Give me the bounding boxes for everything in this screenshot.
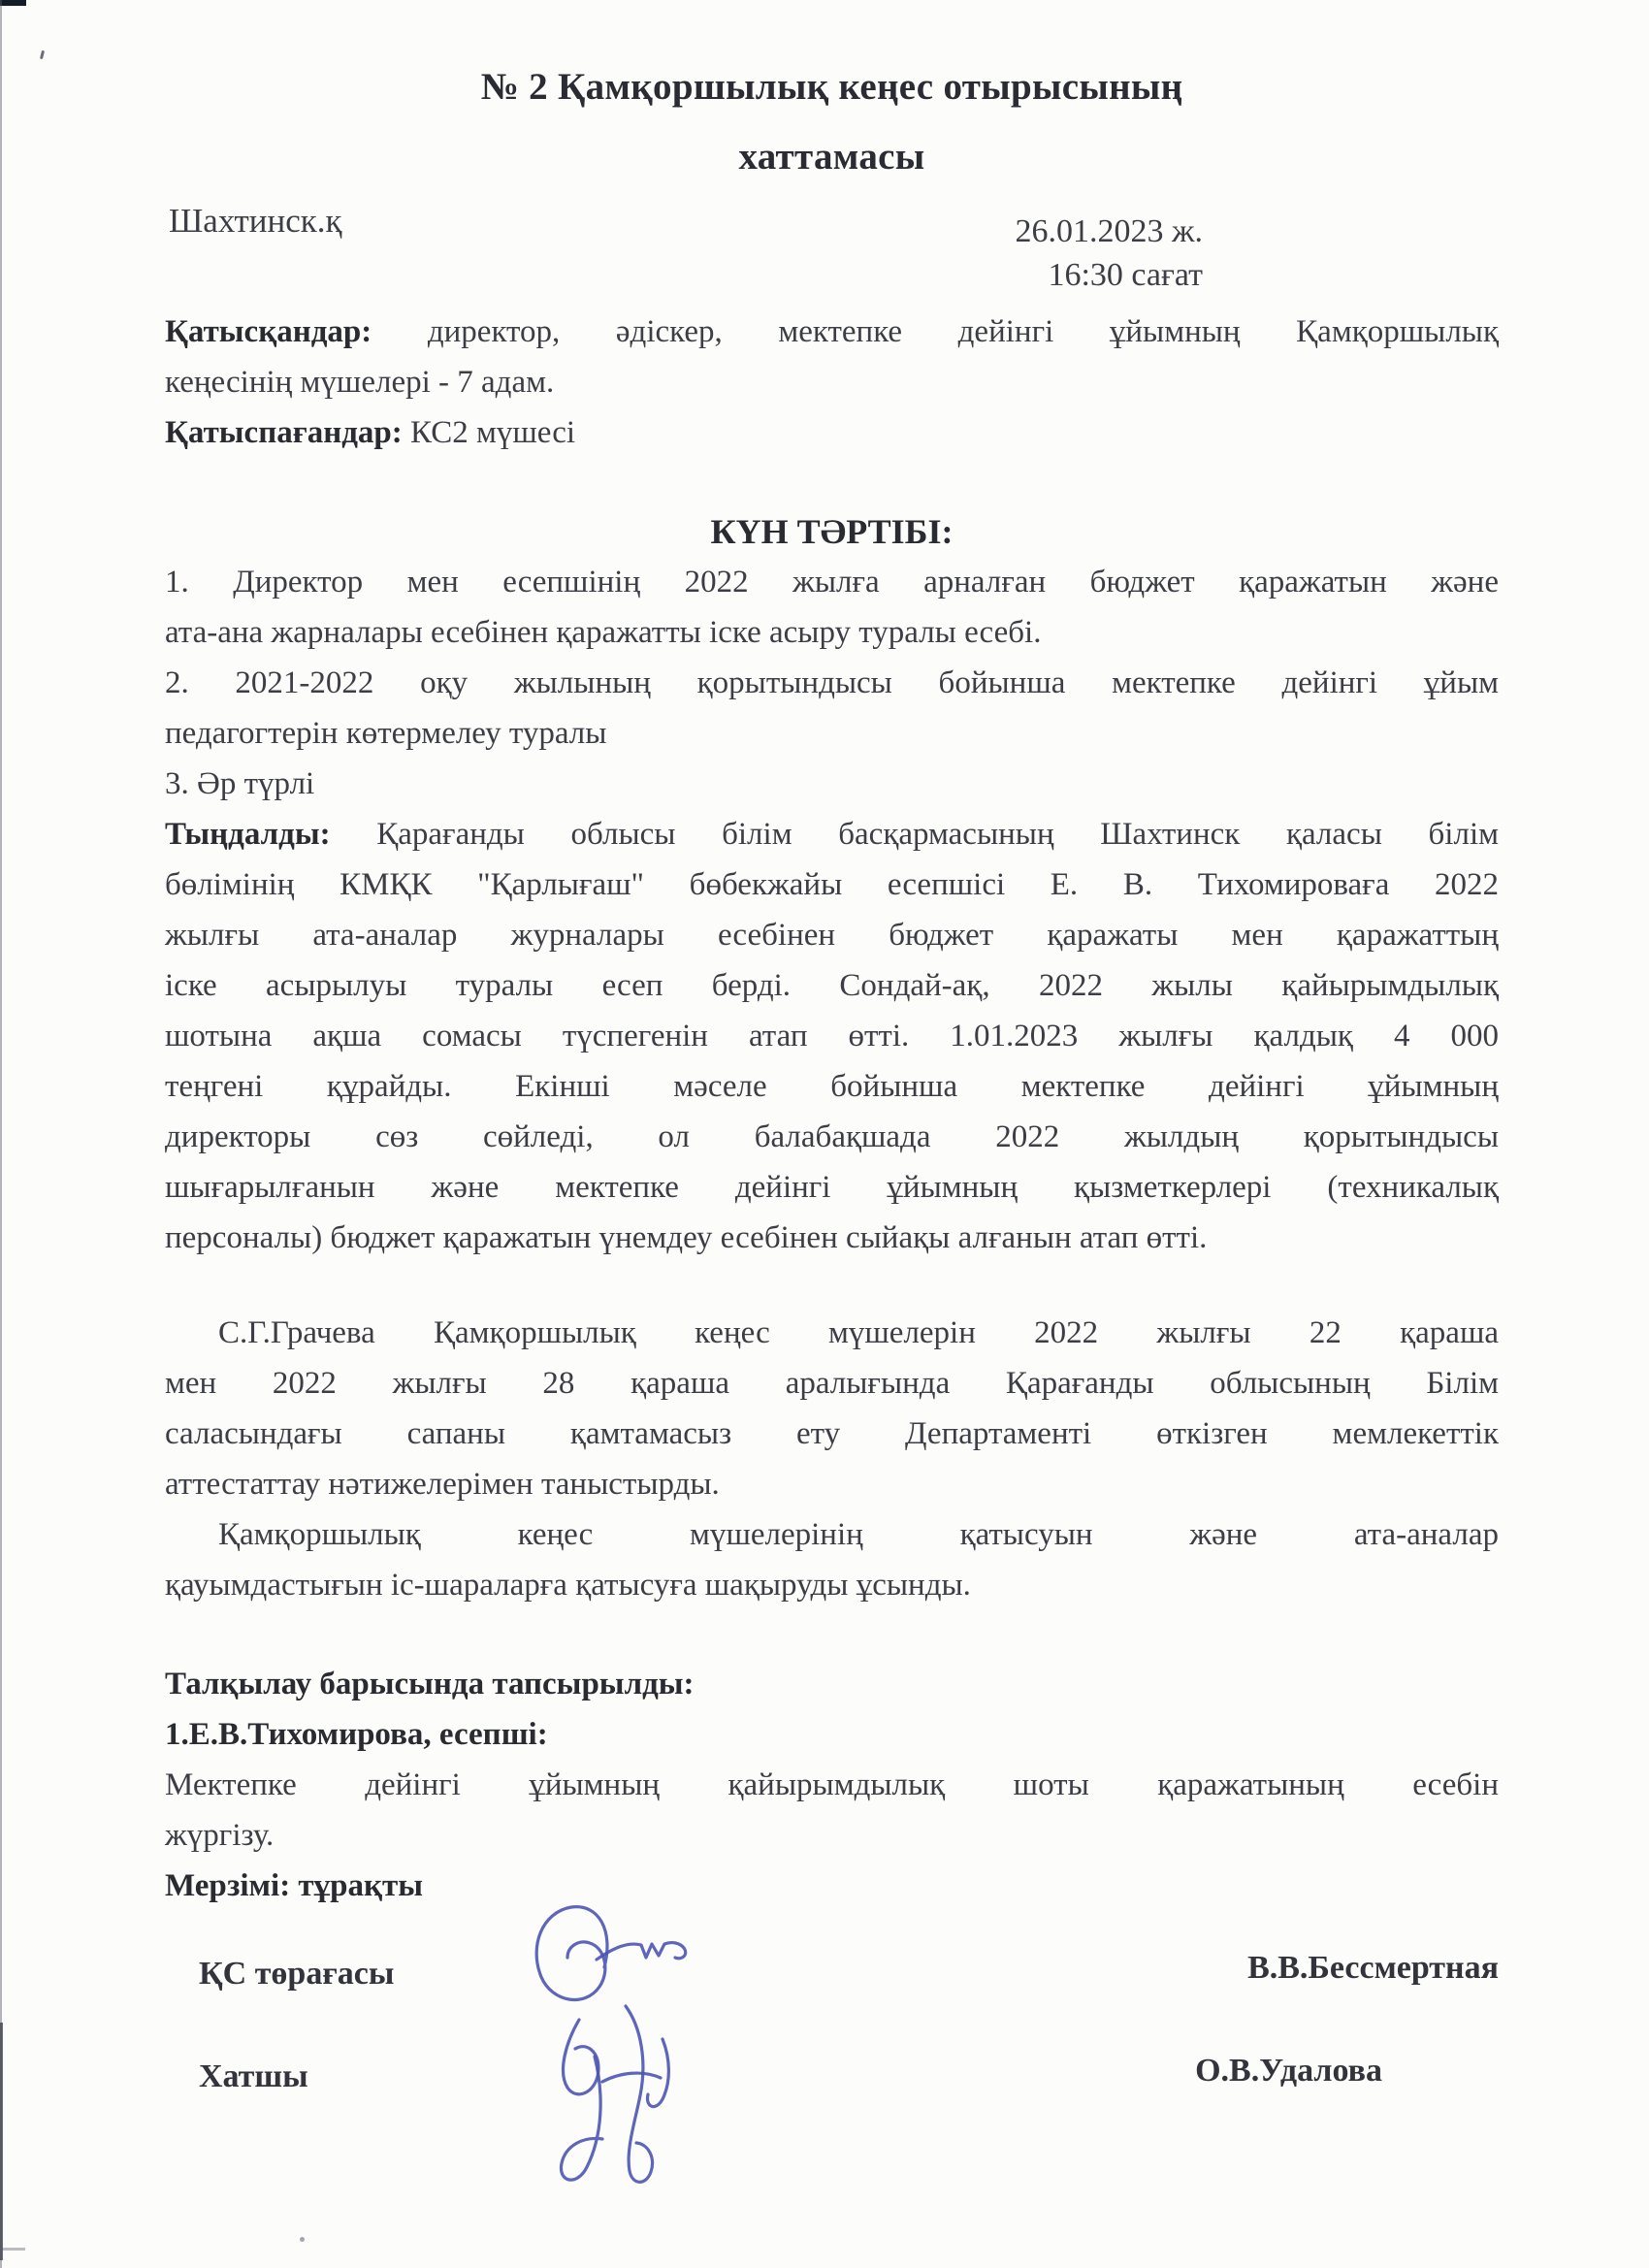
document-body: Қатысқандар: директор, әдіскер, мектепке… [165,307,1499,1911]
agenda-items: 1. Директор мен есепшінің 2022 жылға арн… [165,557,1499,809]
text-run: ата-ана жарналары есебінен қаражатты іск… [165,615,1041,650]
handwritten-signature-ink [509,1892,771,2221]
assignments-heading-line: 1.Е.В.Тихомирова, есепші: [165,1709,1499,1760]
text-run: Мектепке дейінгі ұйымның қайырымдылық шо… [165,1767,1499,1802]
text-run: кеңесінің мүшелері - 7 адам. [165,365,554,400]
heard-paragraph-line: шығарылғанын және мектепке дейінгі ұйымн… [165,1162,1499,1213]
heard-paragraph-line: іске асырылуы туралы есеп берді. Сондай-… [165,960,1499,1011]
scan-artifact-edge-line-dark [0,2023,3,2260]
gracheva-paragraph-line: саласындағы сапаны қамтамасыз ету Департ… [165,1409,1499,1459]
gracheva-paragraph-line: С.Г.Грачева Қамқоршылық кеңес мүшелерін … [165,1308,1499,1358]
text-run: мен 2022 жылғы 28 қараша аралығында Қара… [165,1366,1499,1401]
heard-paragraph-line: директоры сөз сөйледі, ол балабақшада 20… [165,1112,1499,1162]
text-run: шығарылғанын және мектепке дейінгі ұйымн… [165,1170,1499,1205]
text-run: 1. Директор мен есепшінің 2022 жылға арн… [165,565,1499,599]
heard-paragraph-line: бөлімінің КМҚК "Қарлығаш" бөбекжайы есеп… [165,859,1499,910]
text-run: бөлімінің КМҚК "Қарлығаш" бөбекжайы есеп… [165,867,1499,902]
date-text: 26.01.2023 ж. [1016,210,1204,253]
agenda-items-line: педагогтерін көтермелеу туралы [165,708,1499,759]
text-run: саласындағы сапаны қамтамасыз ету Департ… [165,1416,1499,1451]
participants-line: Қатыспағандар: КС2 мүшесі [165,407,1499,458]
agenda-heading-line: КҮН ТӘРТІБІ: [165,506,1499,557]
text-run: 3. Әр түрлі [165,766,314,801]
text-run: Тыңдалды: [165,817,331,852]
gracheva-paragraph-line: мен 2022 жылғы 28 қараша аралығында Қара… [165,1358,1499,1409]
heard-paragraph-line: жылғы ата-аналар журналары есебінен бюдж… [165,910,1499,960]
text-run: қауымдастығын іс-шараларға қатысуға шақы… [165,1568,971,1603]
assignments-heading-line: Талқылау барысында тапсырылды: [165,1659,1499,1709]
text-run: жылғы ата-аналар журналары есебінен бюдж… [165,918,1499,953]
invitation-paragraph: Қамқоршылық кеңес мүшелерінің қатысуын ж… [165,1509,1499,1610]
date-time-block: 26.01.2023 ж. 16:30 сағат [1016,210,1204,297]
text-run: директор, әдіскер, мектепке дейінгі ұйым… [372,314,1499,349]
agenda-items-line: 2. 2021-2022 оқу жылының қорытындысы бой… [165,658,1499,708]
participants-line: кеңесінің мүшелері - 7 адам. [165,357,1499,407]
text-run: КС2 мүшесі [403,415,575,450]
title-line-1: № 2 Қамқоршылық кеңес отырысының [165,52,1499,122]
deadline-line: Мерзімі: тұрақты [165,1861,1499,1911]
text-run: Қатыспағандар: [165,415,403,450]
deadline: Мерзімі: тұрақты [165,1861,1499,1911]
gracheva-paragraph: С.Г.Грачева Қамқоршылық кеңес мүшелерін … [165,1308,1499,1509]
heard-paragraph-line: шотына ақша сомасы түспегенін атап өтті.… [165,1011,1499,1061]
text-run: теңгені құрайды. Екінші мәселе бойынша м… [165,1069,1499,1104]
heard-paragraph-line: теңгені құрайды. Екінші мәселе бойынша м… [165,1061,1499,1112]
text-run: 2. 2021-2022 оқу жылының қорытындысы бой… [165,665,1499,700]
text-run: шотына ақша сомасы түспегенін атап өтті.… [165,1019,1499,1053]
agenda-items-line: 3. Әр түрлі [165,759,1499,809]
document-content: № 2 Қамқоршылық кеңес отырысының хаттама… [165,0,1499,2268]
text-run: аттестаттау нәтижелерімен таныстырды. [165,1467,720,1502]
scan-artifact-speck [40,50,45,59]
signature-section: ҚС төрағасы В.В.Бессмертная Хатшы О.В.Уд… [165,1911,1499,2268]
text-run: Талқылау барысында тапсырылды: [165,1667,695,1701]
document-title: № 2 Қамқоршылық кеңес отырысының хаттама… [165,52,1499,192]
assignment-text-line: Мектепке дейінгі ұйымның қайырымдылық шо… [165,1760,1499,1810]
heard-paragraph-line: персоналы) бюджет қаражатын үнемдеу есеб… [165,1213,1499,1263]
place-label: Шахтинск.қ [169,198,342,244]
time-text: 16:30 сағат [1016,253,1204,297]
text-run: КҮН ТӘРТІБІ: [711,512,954,551]
chairman-role-label: ҚС төрағасы [199,1956,394,1993]
scan-artifact-corner-bar [0,0,26,6]
agenda-items-line: 1. Директор мен есепшінің 2022 жылға арн… [165,557,1499,607]
agenda-heading: КҮН ТӘРТІБІ: [165,506,1499,557]
text-run: Қамқоршылық кеңес мүшелерінің қатысуын ж… [218,1517,1499,1552]
assignment-text-line: жүргізу. [165,1810,1499,1861]
scan-artifact-bottom-tick [0,2248,25,2251]
scanned-document-page: № 2 Қамқоршылық кеңес отырысының хаттама… [0,0,1649,2268]
heard-paragraph-line: Тыңдалды: Қарағанды облысы білім басқарм… [165,809,1499,859]
invitation-paragraph-line: қауымдастығын іс-шараларға қатысуға шақы… [165,1560,1499,1610]
assignment-text: Мектепке дейінгі ұйымның қайырымдылық шо… [165,1760,1499,1861]
gracheva-paragraph-line: аттестаттау нәтижелерімен таныстырды. [165,1459,1499,1509]
invitation-paragraph-line: Қамқоршылық кеңес мүшелерінің қатысуын ж… [165,1509,1499,1560]
text-run: Қатысқандар: [165,314,372,349]
text-run: персоналы) бюджет қаражатын үнемдеу есеб… [165,1220,1207,1255]
text-run: Қарағанды облысы білім басқармасының Шах… [331,817,1499,852]
assignments-heading: Талқылау барысында тапсырылды:1.Е.В.Тихо… [165,1659,1499,1760]
text-run: іске асырылуы туралы есеп берді. Сондай-… [165,968,1499,1003]
chairman-name: В.В.Бессмертная [1247,1950,1499,1987]
text-run: жүргізу. [165,1818,274,1853]
agenda-items-line: ата-ана жарналары есебінен қаражатты іск… [165,607,1499,658]
text-run: директоры сөз сөйледі, ол балабақшада 20… [165,1119,1499,1154]
heard-paragraph: Тыңдалды: Қарағанды облысы білім басқарм… [165,809,1499,1263]
place-date-row: Шахтинск.қ 26.01.2023 ж. 16:30 сағат [165,198,1499,297]
secretary-role-label: Хатшы [199,2058,308,2095]
participants: Қатысқандар: директор, әдіскер, мектепке… [165,307,1499,458]
text-run: педагогтерін көтермелеу туралы [165,716,606,751]
title-line-2: хаттамасы [165,122,1499,192]
text-run: Мерзімі: тұрақты [165,1868,423,1903]
participants-line: Қатысқандар: директор, әдіскер, мектепке… [165,307,1499,357]
text-run: С.Г.Грачева Қамқоршылық кеңес мүшелерін … [218,1315,1499,1350]
scan-artifact-edge-line [0,0,2,2268]
text-run: 1.Е.В.Тихомирова, есепші: [165,1717,548,1752]
secretary-name: О.В.Удалова [1195,2053,1382,2090]
